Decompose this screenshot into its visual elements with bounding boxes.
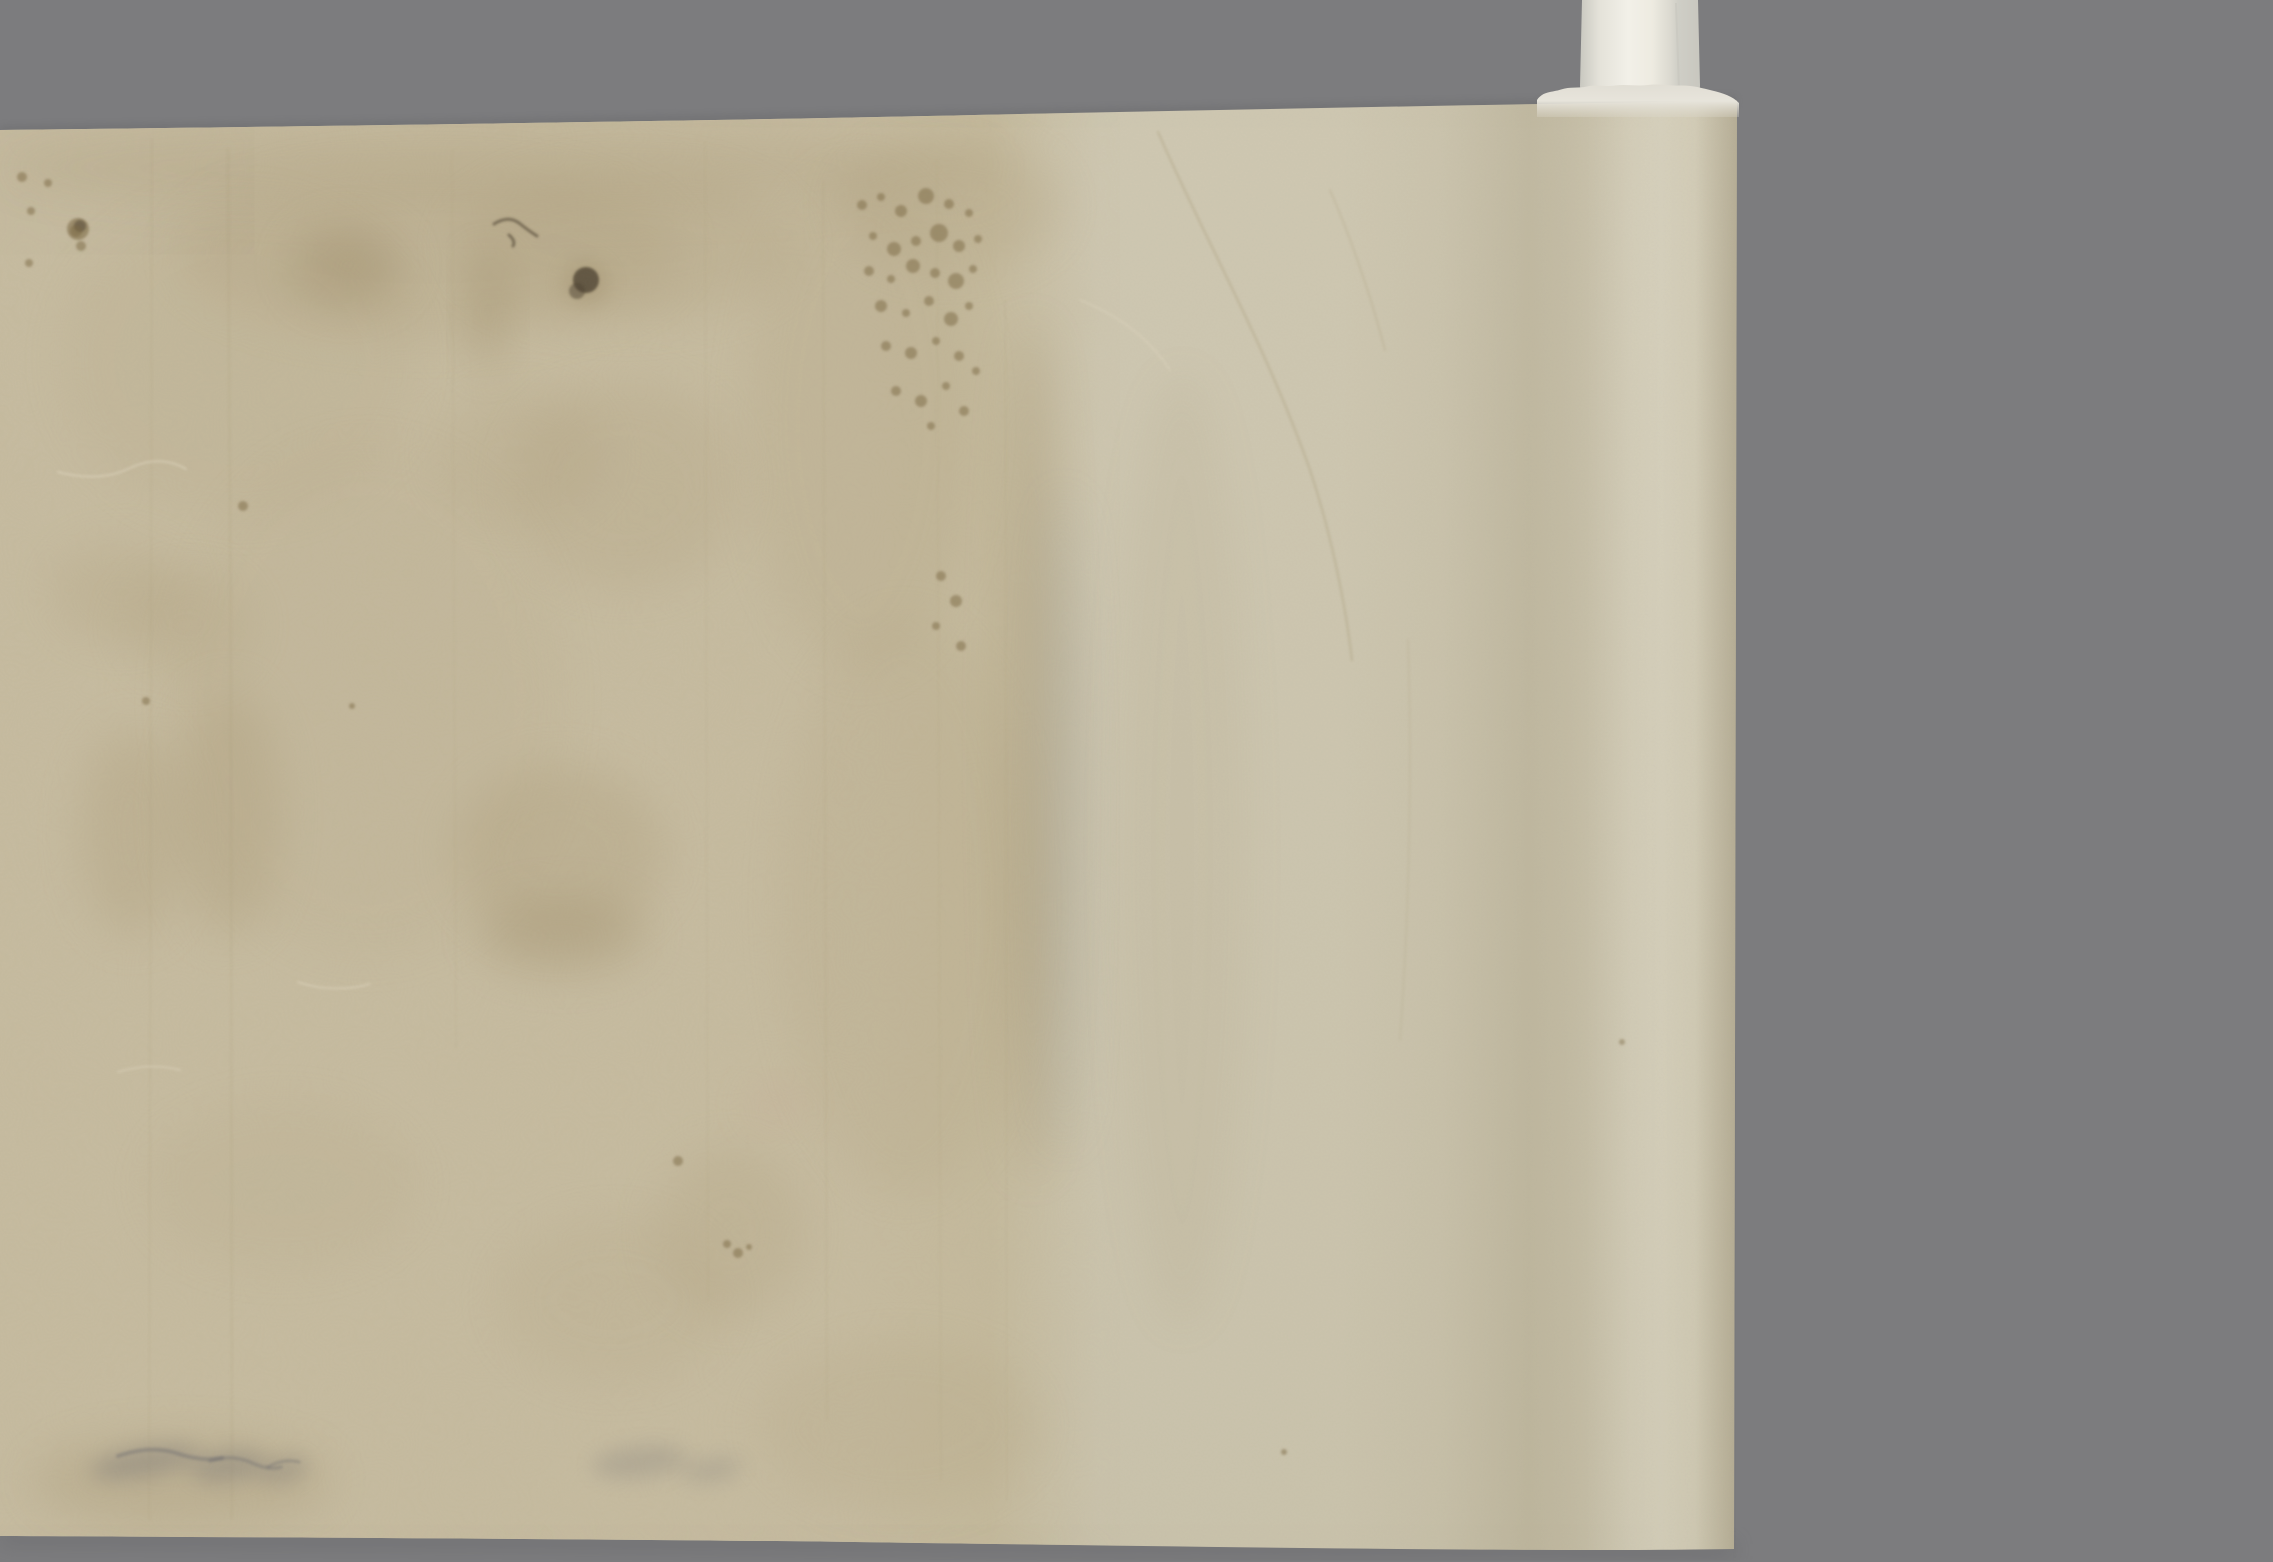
paper-grain-texture [0, 95, 1740, 1555]
roll-end-layers [1537, 85, 1739, 117]
roller-knob [1580, 0, 1700, 93]
roller-knob-body [1580, 0, 1700, 93]
scroll-photograph [0, 0, 2273, 1562]
scroll-scene [0, 0, 2273, 1562]
